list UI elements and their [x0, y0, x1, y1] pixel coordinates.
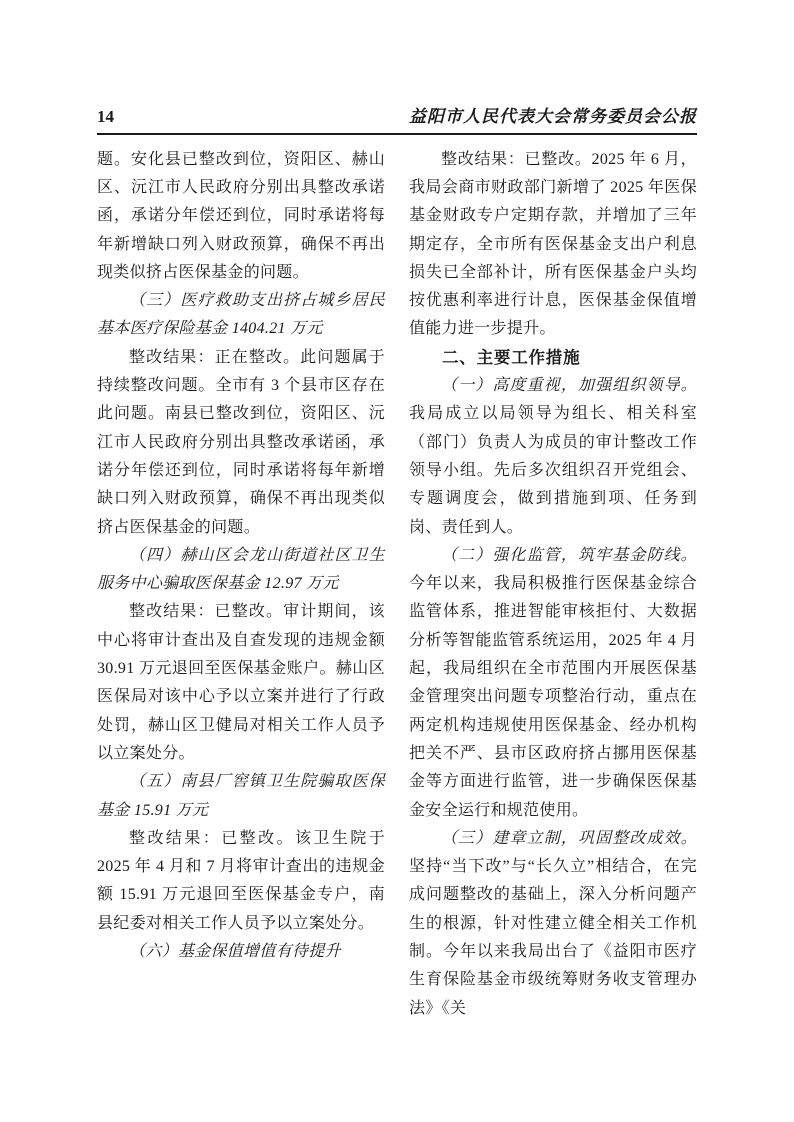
right-column: 整改结果：已整改。2025 年 6 月，我局会商市财政部门新增了 2025 年医…: [409, 146, 697, 1023]
subsection-heading: （五）南县厂窖镇卫生院骗取医保基金 15.91 万元: [97, 768, 385, 825]
subsection-heading: （六）基金保值增值有待提升: [97, 938, 385, 966]
paragraph: 题。安化县已整改到位，资阳区、赫山区、沅江市人民政府分别出具整改承诺函，承诺分年…: [97, 146, 385, 287]
paragraph-lead: （三）建章立制，巩固整改成效。: [441, 830, 697, 847]
section-heading: 二、主要工作措施: [409, 344, 697, 372]
paragraph: （一）高度重视，加强组织领导。我局成立以局领导为组长、相关科室（部门）负责人为成…: [409, 372, 697, 542]
paragraph: 整改结果：已整改。审计期间，该中心将审计查出及自查发现的违规金额 30.91 万…: [97, 598, 385, 768]
paragraph: （二）强化监管，筑牢基金防线。今年以来，我局积极推行医保基金综合监管体系，推进智…: [409, 542, 697, 825]
subsection-heading: （四）赫山区会龙山街道社区卫生服务中心骗取医保基金 12.97 万元: [97, 542, 385, 599]
subsection-heading: （三）医疗救助支出挤占城乡居民基本医疗保险基金 1404.21 万元: [97, 287, 385, 344]
paragraph: 整改结果：已整改。2025 年 6 月，我局会商市财政部门新增了 2025 年医…: [409, 146, 697, 344]
paragraph: （三）建章立制，巩固整改成效。坚持“当下改”与“长久立”相结合，在完成问题整改的…: [409, 825, 697, 1023]
paragraph: 整改结果：正在整改。此问题属于持续整改问题。全市有 3 个县市区存在此问题。南县…: [97, 344, 385, 542]
document-page: 14 益阳市人民代表大会常务委员会公报 题。安化县已整改到位，资阳区、赫山区、沅…: [0, 0, 794, 1122]
paragraph: 整改结果：已整改。该卫生院于 2025 年 4 月和 7 月将审计查出的违规金额…: [97, 825, 385, 938]
paragraph-lead: （一）高度重视，加强组织领导。: [441, 377, 697, 394]
left-column: 题。安化县已整改到位，资阳区、赫山区、沅江市人民政府分别出具整改承诺函，承诺分年…: [97, 146, 385, 1023]
page-number: 14: [97, 108, 114, 127]
page-header: 14 益阳市人民代表大会常务委员会公报: [97, 0, 697, 127]
paragraph-lead: （二）强化监管，筑牢基金防线。: [441, 547, 697, 564]
two-column-body: 题。安化县已整改到位，资阳区、赫山区、沅江市人民政府分别出具整改承诺函，承诺分年…: [97, 146, 697, 1023]
header-rule: [97, 133, 697, 135]
header-title: 益阳市人民代表大会常务委员会公报: [409, 108, 697, 127]
